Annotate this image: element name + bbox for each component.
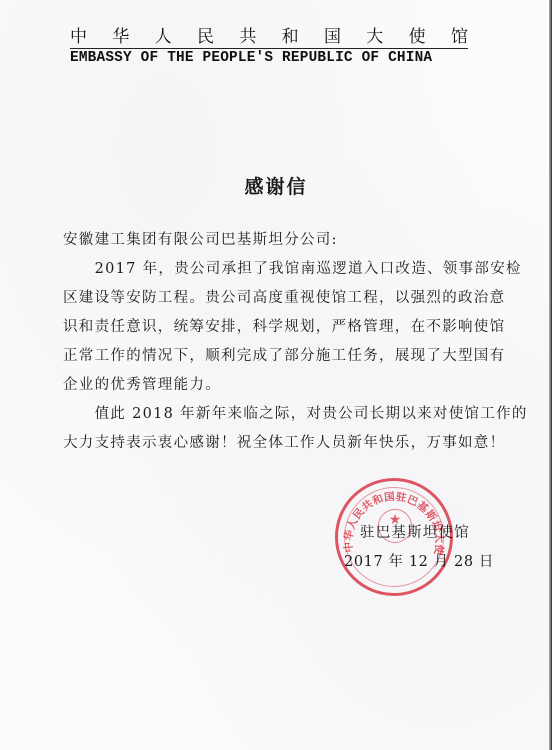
letter-page: 中 华 人 民 共 和 国 大 使 馆 EMBASSY OF THE PEOPL… xyxy=(0,0,552,750)
letterhead-char: 和 xyxy=(282,28,299,46)
body-line: 正常工作的情况下，顺利完成了部分施工任务，展现了大型国有 xyxy=(63,344,505,365)
letterhead-char: 使 xyxy=(409,28,426,46)
signature-organization: 驻巴基斯坦使馆 xyxy=(360,521,470,542)
letterhead-char: 人 xyxy=(155,28,172,46)
letterhead-char: 馆 xyxy=(451,28,468,46)
body-line: 区建设等安防工程。贵公司高度重视使馆工程，以强烈的政治意 xyxy=(63,286,505,307)
letterhead-char: 国 xyxy=(324,28,341,46)
body-line: 企业的优秀管理能力。 xyxy=(63,373,221,394)
letterhead-char: 民 xyxy=(197,28,214,46)
letterhead-chinese: 中 华 人 民 共 和 国 大 使 馆 xyxy=(70,28,468,49)
letterhead-char: 华 xyxy=(112,28,129,46)
letterhead-char: 中 xyxy=(70,28,87,46)
letterhead-english: EMBASSY OF THE PEOPLE'S REPUBLIC OF CHIN… xyxy=(70,50,470,66)
letterhead-char: 共 xyxy=(239,28,256,46)
signature-date: 2017 年 12 月 28 日 xyxy=(344,550,494,571)
body-line: 识和责任意识，统筹安排，科学规划，严格管理，在不影响使馆 xyxy=(63,315,505,336)
body-line: 2017 年，贵公司承担了我馆南巡逻道入口改造、领事部安检 xyxy=(63,257,522,278)
letter-title: 感谢信 xyxy=(0,172,552,199)
letterhead-char: 大 xyxy=(366,28,383,46)
body-line: 大力支持表示衷心感谢！祝全体工作人员新年快乐，万事如意！ xyxy=(63,431,505,452)
body-line: 值此 2018 年新年来临之际，对贵公司长期以来对使馆工作的 xyxy=(63,402,528,423)
salutation: 安徽建工集团有限公司巴基斯坦分公司: xyxy=(63,228,338,249)
